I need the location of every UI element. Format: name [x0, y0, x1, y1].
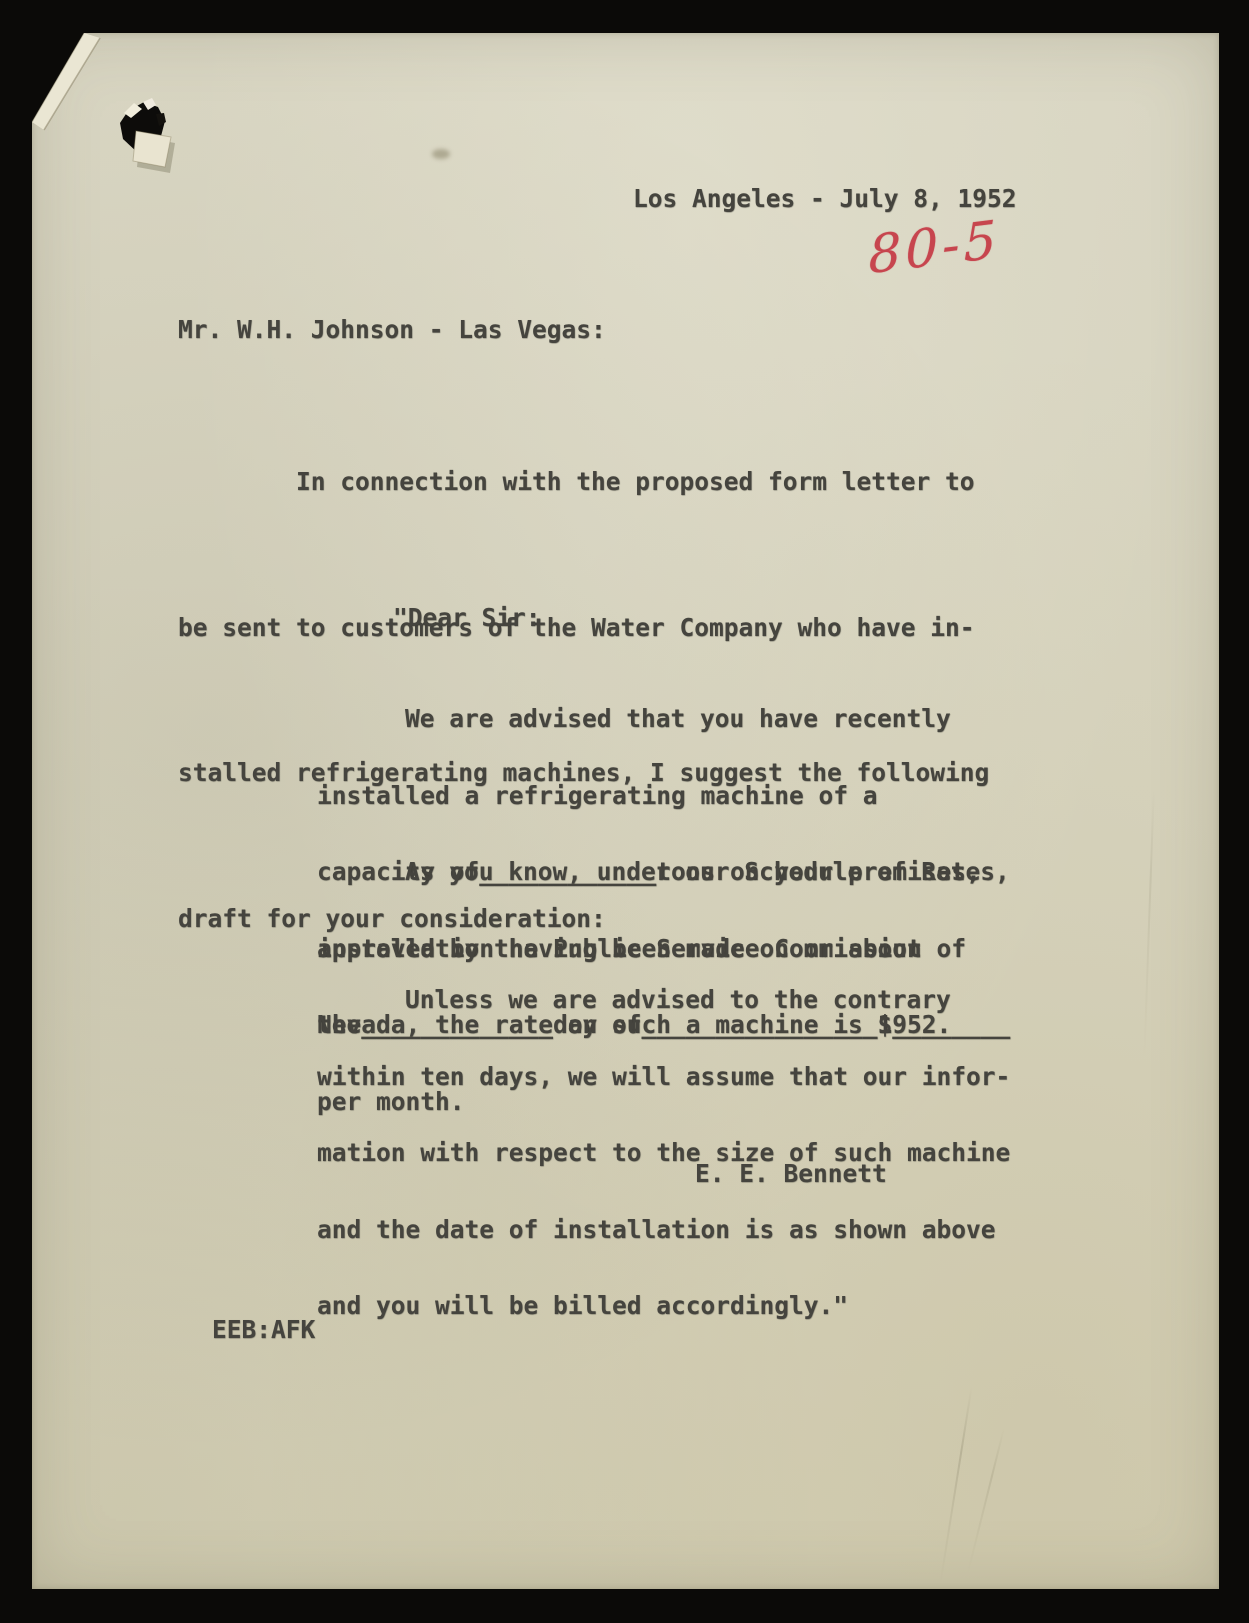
letter-line: We are advised that you have recently [317, 706, 981, 732]
recipient-line: Mr. W.H. Johnson - Las Vegas: [178, 317, 606, 343]
ink-smudge [432, 149, 450, 159]
letter-line: As you know, under our Schedule of Rates… [317, 859, 1010, 885]
letter-line: Unless we are advised to the contrary [317, 987, 1010, 1013]
letter-line: mation with respect to the size of such … [317, 1140, 1010, 1166]
letter-line: and you will be billed accordingly." [317, 1293, 1010, 1319]
signature: E. E. Bennett [695, 1161, 887, 1187]
letter-line: In connection with the proposed form let… [178, 458, 989, 507]
letter-line: and the date of installation is as shown… [317, 1217, 1010, 1243]
letter-line: within ten days, we will assume that our… [317, 1064, 1010, 1090]
letter-line: installed a refrigerating machine of a [317, 783, 981, 809]
corner-fold-flap [32, 33, 100, 130]
letter-line: be sent to customers of the Water Compan… [178, 604, 989, 653]
quoted-paragraph-3: Unless we are advised to the contrary wi… [317, 936, 1010, 1370]
scanned-letter-page: Los Angeles - July 8, 1952 80-5 Mr. W.H.… [0, 0, 1249, 1623]
torn-corner-and-hole [32, 33, 242, 243]
dateline: Los Angeles - July 8, 1952 [633, 186, 1017, 212]
typist-initials: EEB:AFK [212, 1317, 315, 1343]
torn-flap [133, 131, 171, 167]
quoted-salutation: "Dear Sir: [393, 605, 541, 631]
